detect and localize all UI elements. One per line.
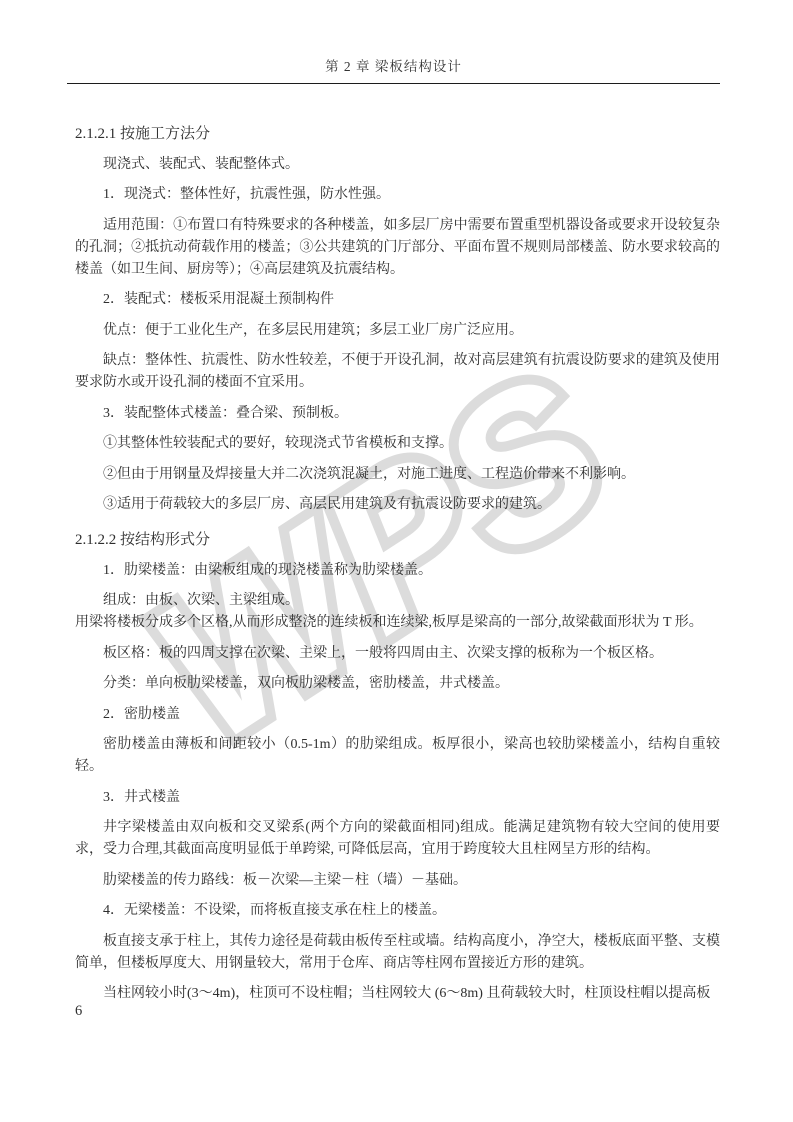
paragraph: 3．装配整体式楼盖：叠合梁、预制板。: [75, 403, 720, 425]
paragraph: 4．无梁楼盖：不设梁，而将板直接支承在柱上的楼盖。: [75, 900, 720, 922]
paragraph: 1．现浇式：整体性好，抗震性强，防水性强。: [75, 184, 720, 206]
page-footer: 6: [75, 1003, 82, 1020]
page-header: 第 2 章 梁板结构设计: [67, 0, 720, 84]
paragraph: 1．肋梁楼盖：由梁板组成的现浇楼盖称为肋梁楼盖。: [75, 560, 720, 582]
paragraph: 板区格：板的四周支撑在次梁、主梁上，一般将四周由主、次梁支撑的板称为一个板区格。: [75, 643, 720, 665]
paragraph: 井字梁楼盖由双向板和交叉梁系(两个方向的梁截面相同)组成。能满足建筑物有较大空间…: [75, 817, 720, 861]
paragraph: 现浇式、装配式、装配整体式。: [75, 154, 720, 176]
section-heading: 2.1.2.1 按施工方法分: [75, 123, 720, 145]
document-page: 第 2 章 梁板结构设计 WPS 2.1.2.1 按施工方法分现浇式、装配式、装…: [0, 0, 793, 1122]
header-rule: [67, 83, 720, 84]
paragraph: ②但由于用钢量及焊接量大并二次浇筑混凝土，对施工进度、工程造价带来不利影响。: [75, 464, 720, 486]
paragraph: 组成：由板、次梁、主梁组成。: [75, 590, 720, 612]
page-number: 6: [75, 1003, 82, 1019]
paragraph: 当柱网较小时(3～4m)，柱顶可不设柱帽；当柱网较大 (6～8m) 且荷载较大时…: [75, 983, 720, 1005]
paragraph: 密肋楼盖由薄板和间距较小（0.5-1m）的肋梁组成。板厚很小，梁高也较肋梁楼盖小…: [75, 734, 720, 778]
paragraph: ③适用于荷载较大的多层厂房、高层民用建筑及有抗震设防要求的建筑。: [75, 494, 720, 516]
paragraph: ①其整体性较装配式的要好，较现浇式节省模板和支撑。: [75, 433, 720, 455]
paragraph: 缺点：整体性、抗震性、防水性较差，不便于开设孔洞，故对高层建筑有抗震设防要求的建…: [75, 350, 720, 394]
paragraph: 分类：单向板肋梁楼盖，双向板肋梁楼盖，密肋楼盖，井式楼盖。: [75, 673, 720, 695]
paragraph: 优点：便于工业化生产，在多层民用建筑；多层工业厂房广泛应用。: [75, 320, 720, 342]
paragraph: 2．密肋楼盖: [75, 704, 720, 726]
paragraph: 板直接支承于柱上，其传力途径是荷载由板传至柱或墙。结构高度小，净空大，楼板底面平…: [75, 931, 720, 975]
paragraph: 肋梁楼盖的传力路线：板－次梁—主梁－柱（墙）－基础。: [75, 870, 720, 892]
paragraph: 适用范围：①布置口有特殊要求的各种楼盖，如多层厂房中需要布置重型机器设备或要求开…: [75, 215, 720, 281]
document-body: 2.1.2.1 按施工方法分现浇式、装配式、装配整体式。1．现浇式：整体性好，抗…: [75, 86, 720, 1014]
paragraph: 2．装配式：楼板采用混凝土预制构件: [75, 289, 720, 311]
section-heading: 2.1.2.2 按结构形式分: [75, 529, 720, 551]
chapter-header-title: 第 2 章 梁板结构设计: [67, 0, 720, 74]
paragraph: 3．井式楼盖: [75, 787, 720, 809]
paragraph: 用梁将楼板分成多个区格,从而形成整浇的连续板和连续梁,板厚是梁高的一部分,故梁截…: [75, 612, 720, 634]
